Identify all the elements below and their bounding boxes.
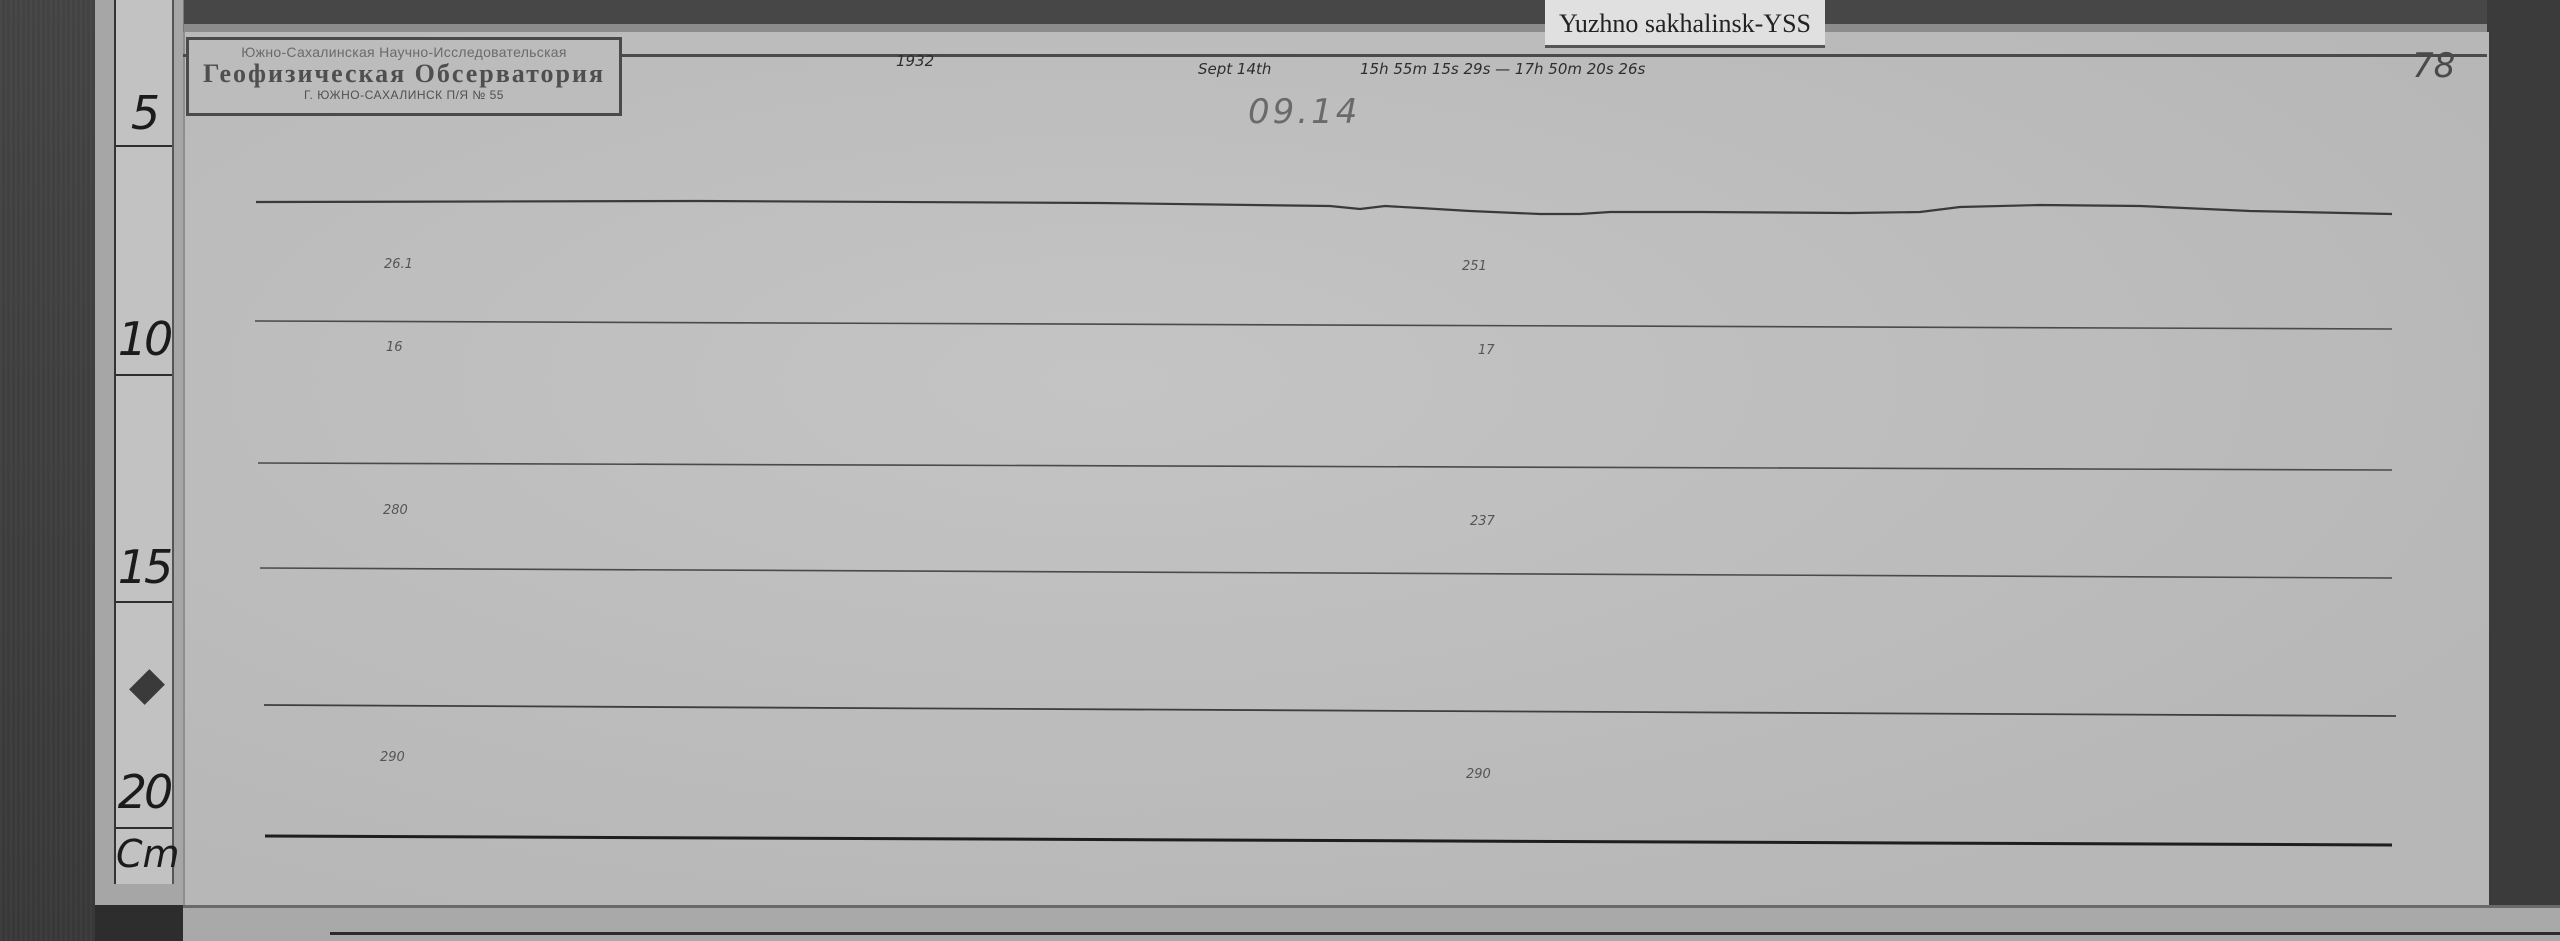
trace-4: [260, 568, 2392, 578]
seismic-traces: [0, 0, 2560, 941]
trace-2: [255, 321, 2392, 329]
trace-6: [265, 836, 2392, 845]
trace-5: [264, 705, 2396, 716]
trace-3: [258, 463, 2392, 470]
trace-1: [256, 201, 2392, 214]
